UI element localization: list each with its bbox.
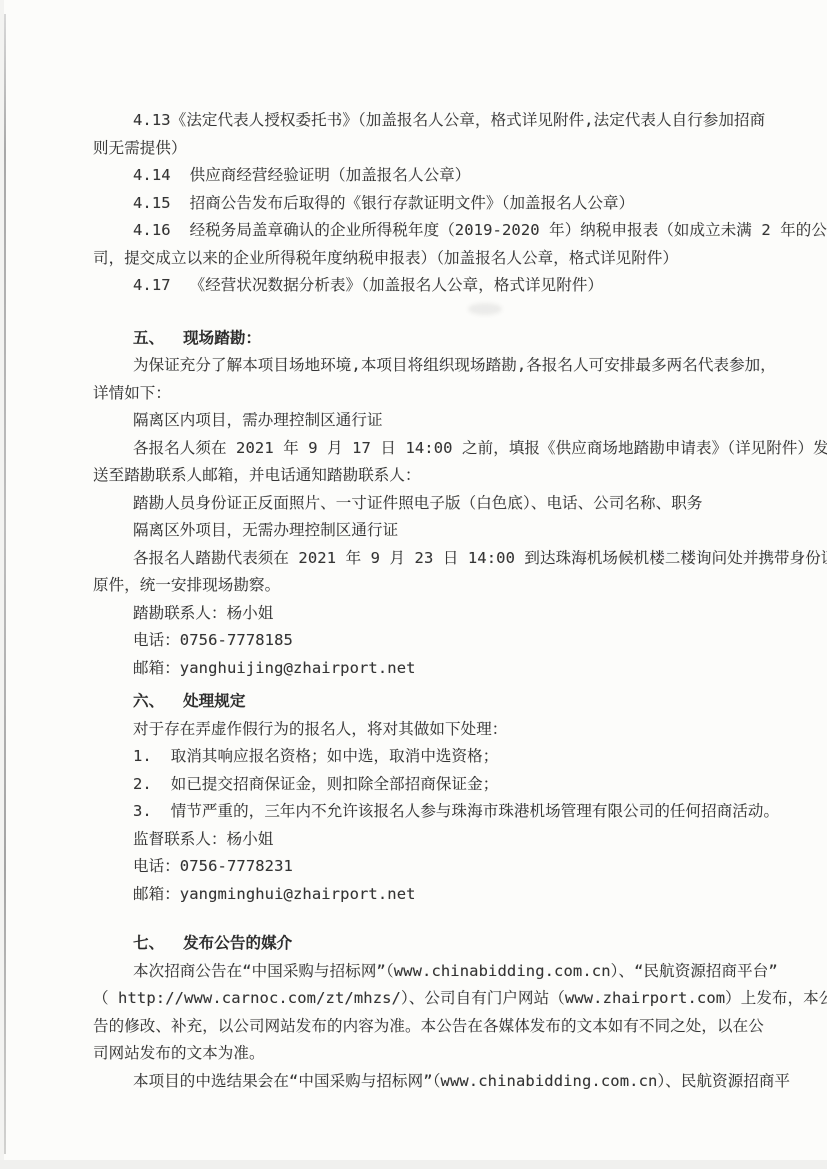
text-line: 则无需提供）: [93, 135, 783, 163]
text-line: 原件，统一安排现场勘察。: [93, 572, 783, 600]
text-line: 司网站发布的文本为准。: [93, 1040, 783, 1068]
text-line: 各报名人踏勘代表须在 2021 年 9 月 23 日 14:00 到达珠海机场候…: [93, 545, 783, 573]
section-6-handling-rules: 六、 处理规定对于存在弄虚作假行为的报名人，将对其做如下处理：1. 取消其响应报…: [93, 688, 783, 908]
text-line: 4.16 经税务局盖章确认的企业所得税年度（2019-2020 年）纳税申报表（…: [93, 217, 783, 245]
document-content: 4.13《法定代表人授权委托书》（加盖报名人公章，格式详见附件,法定代表人自行参…: [93, 107, 783, 1095]
text-line: 踏勘联系人：杨小姐: [93, 600, 783, 628]
text-line: 4.14 供应商经营经验证明（加盖报名人公章）: [93, 162, 783, 190]
text-line: 1. 取消其响应报名资格；如中选，取消中选资格；: [93, 743, 783, 771]
text-line: 邮箱：yanghuijing@zhairport.net: [93, 655, 783, 683]
scanned-document-page: 4.13《法定代表人授权委托书》（加盖报名人公章，格式详见附件,法定代表人自行参…: [0, 0, 827, 1169]
scan-edge-line: [4, 14, 6, 1154]
text-line: 4.15 招商公告发布后取得的《银行存款证明文件》（加盖报名人公章）: [93, 190, 783, 218]
text-line: 监督联系人：杨小姐: [93, 826, 783, 854]
text-line: 送至踏勘联系人邮箱，并电话通知踏勘联系人：: [93, 462, 783, 490]
text-line: 详情如下：: [93, 380, 783, 408]
text-line: 4.17 《经营状况数据分析表》（加盖报名人公章，格式详见附件）: [93, 272, 783, 300]
section-4-qualification-items: 4.13《法定代表人授权委托书》（加盖报名人公章，格式详见附件,法定代表人自行参…: [93, 107, 783, 300]
text-line: （ http://www.carnoc.com/zt/mhzs/）、公司自有门户…: [93, 985, 783, 1013]
text-line: 本项目的中选结果会在“中国采购与招标网”（www.chinabidding.co…: [93, 1068, 783, 1096]
text-line: 4.13《法定代表人授权委托书》（加盖报名人公章，格式详见附件,法定代表人自行参…: [93, 107, 783, 135]
text-line: 各报名人须在 2021 年 9 月 17 日 14:00 之前，填报《供应商场地…: [93, 435, 783, 463]
text-line: 对于存在弄虚作假行为的报名人，将对其做如下处理：: [93, 716, 783, 744]
section-7-announcement-media: 七、 发布公告的媒介本次招商公告在“中国采购与招标网”（www.chinabid…: [93, 930, 783, 1095]
text-line: 本次招商公告在“中国采购与招标网”（www.chinabidding.com.c…: [93, 958, 783, 986]
section-heading: 七、 发布公告的媒介: [93, 930, 783, 958]
text-line: 隔离区内项目，需办理控制区通行证: [93, 407, 783, 435]
text-line: 2. 如已提交招商保证金，则扣除全部招商保证金；: [93, 771, 783, 799]
text-line: 踏勘人员身份证正反面照片、一寸证件照电子版（白色底）、电话、公司名称、职务: [93, 490, 783, 518]
section-5-site-survey: 五、 现场踏勘：为保证充分了解本项目场地环境,本项目将组织现场踏勘,各报名人可安…: [93, 325, 783, 683]
text-line: 告的修改、补充，以公司网站发布的内容为准。本公告在各媒体发布的文本如有不同之处，…: [93, 1013, 783, 1041]
section-heading: 五、 现场踏勘：: [93, 325, 783, 353]
scan-bottom-shade: [0, 1160, 827, 1169]
text-line: 司，提交成立以来的企业所得税年度纳税申报表）（加盖报名人公章，格式详见附件）: [93, 245, 783, 273]
text-line: 电话：0756-7778231: [93, 853, 783, 881]
text-line: 为保证充分了解本项目场地环境,本项目将组织现场踏勘,各报名人可安排最多两名代表参…: [93, 352, 783, 380]
text-line: 邮箱：yangminghui@zhairport.net: [93, 881, 783, 909]
text-line: 电话：0756-7778185: [93, 627, 783, 655]
text-line: 3. 情节严重的，三年内不允许该报名人参与珠海市珠港机场管理有限公司的任何招商活…: [93, 798, 783, 826]
section-heading: 六、 处理规定: [93, 688, 783, 716]
text-line: 隔离区外项目，无需办理控制区通行证: [93, 517, 783, 545]
